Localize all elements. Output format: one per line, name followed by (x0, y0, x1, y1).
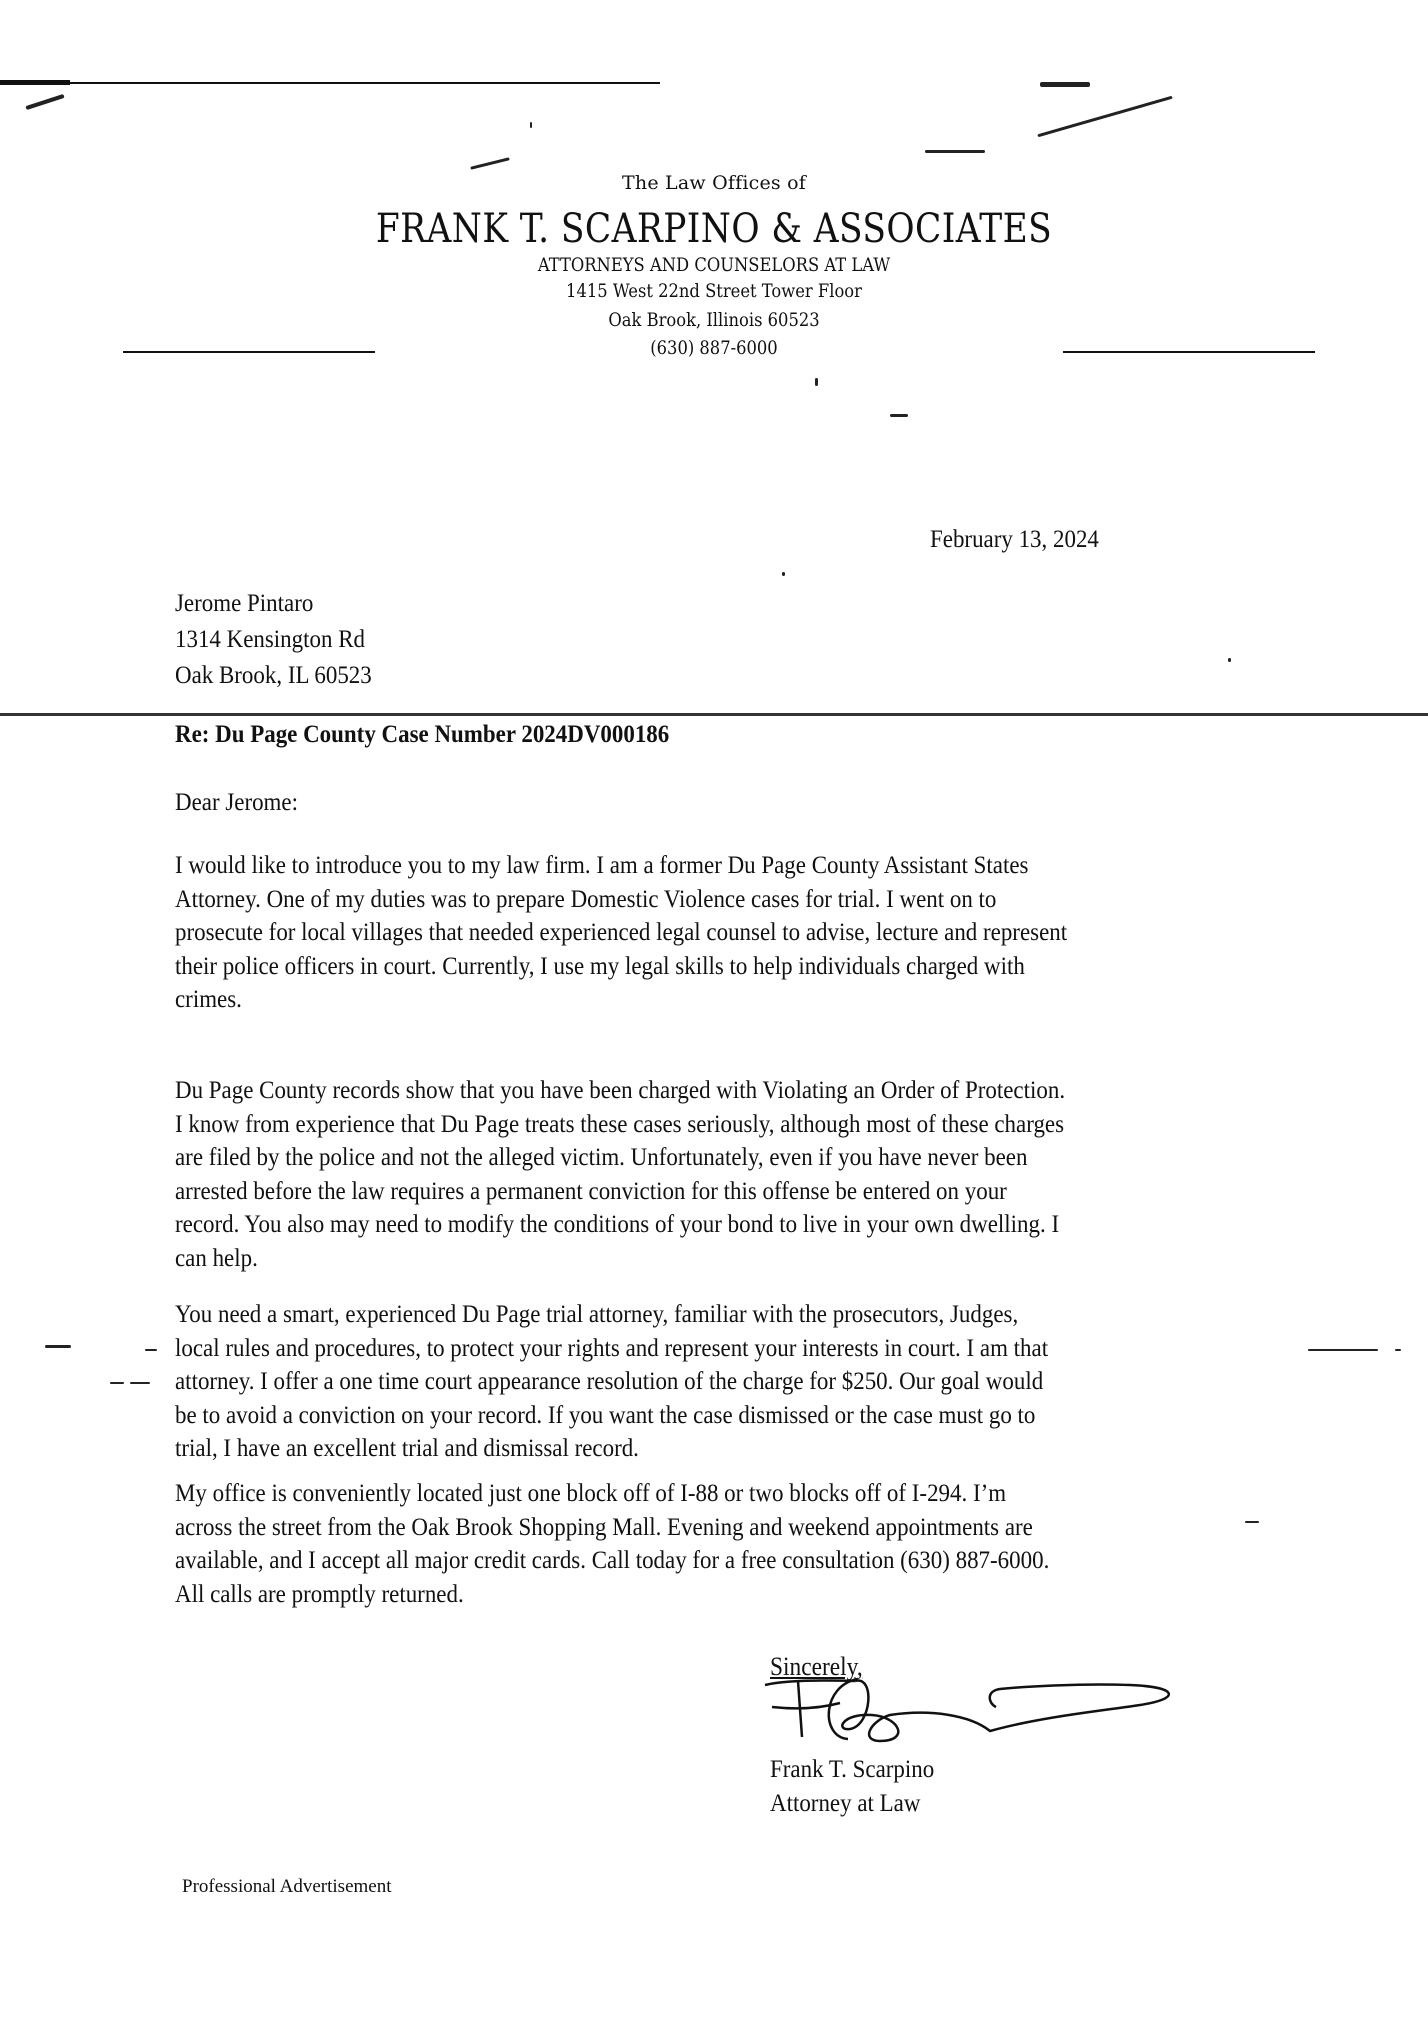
body-paragraph-4: My office is conveniently located just o… (175, 1476, 1049, 1610)
signer-title: Attorney at Law (770, 1786, 920, 1820)
paragraph-line: their police officers in court. Currentl… (175, 949, 1067, 983)
scan-artifact (890, 414, 908, 417)
recipient-street: 1314 Kensington Rd (175, 621, 372, 657)
scan-artifact (925, 150, 985, 153)
paragraph-line: arrested before the law requires a perma… (175, 1174, 1065, 1208)
letterhead-intro: The Law Offices of (0, 172, 1428, 194)
body-paragraph-1: I would like to introduce you to my law … (175, 848, 1067, 1016)
scan-artifact (145, 1349, 157, 1351)
salutation: Dear Jerome: (175, 785, 298, 819)
scan-artifact (1040, 82, 1090, 87)
body-paragraph-2: Du Page County records show that you hav… (175, 1073, 1065, 1274)
scan-artifact (110, 1382, 124, 1384)
scan-artifact (470, 157, 510, 170)
firm-address: 1415 West 22nd Street Tower Floor (100, 280, 1328, 302)
paragraph-line: attorney. I offer a one time court appea… (175, 1364, 1048, 1398)
scan-artifact (530, 122, 532, 128)
scan-artifact-top-left-mark (0, 80, 70, 85)
scan-artifact (1037, 96, 1172, 137)
scan-artifact (1308, 1349, 1378, 1351)
paragraph-line: Attorney. One of my duties was to prepar… (175, 882, 1067, 916)
recipient-address: Jerome Pintaro 1314 Kensington Rd Oak Br… (175, 585, 372, 693)
paragraph-line: prosecute for local villages that needed… (175, 915, 1067, 949)
letterhead-rule-left (123, 351, 375, 353)
scan-artifact (25, 94, 64, 110)
paragraph-line: trial, I have an excellent trial and dis… (175, 1431, 1048, 1465)
scan-artifact (815, 378, 818, 386)
scan-artifact (130, 1382, 150, 1384)
paragraph-line: be to avoid a conviction on your record.… (175, 1398, 1048, 1432)
scan-artifact (45, 1345, 71, 1348)
signature-icon (760, 1665, 1180, 1755)
paragraph-line: across the street from the Oak Brook Sho… (175, 1510, 1049, 1544)
signer-name: Frank T. Scarpino (770, 1752, 934, 1786)
paragraph-line: Du Page County records show that you hav… (175, 1073, 1065, 1107)
scan-artifact (1245, 1521, 1259, 1523)
footer-disclaimer: Professional Advertisement (182, 1870, 392, 1904)
firm-city: Oak Brook, Illinois 60523 (100, 309, 1328, 331)
recipient-name: Jerome Pintaro (175, 585, 372, 621)
firm-name: FRANK T. SCARPINO & ASSOCIATES (100, 206, 1328, 252)
paragraph-line: I know from experience that Du Page trea… (175, 1107, 1065, 1141)
paragraph-line: You need a smart, experienced Du Page tr… (175, 1297, 1048, 1331)
letter-date: February 13, 2024 (930, 522, 1099, 556)
paragraph-line: can help. (175, 1241, 1065, 1275)
subject-line: Re: Du Page County Case Number 2024DV000… (175, 717, 669, 751)
paragraph-line: I would like to introduce you to my law … (175, 848, 1067, 882)
scan-artifact (782, 572, 785, 576)
scan-artifact (1395, 1349, 1401, 1351)
paragraph-line: crimes. (175, 982, 1067, 1016)
paragraph-line: record. You also may need to modify the … (175, 1207, 1065, 1241)
letterhead-rule-right (1063, 351, 1315, 353)
paragraph-line: are filed by the police and not the alle… (175, 1140, 1065, 1174)
paragraph-line: available, and I accept all major credit… (175, 1543, 1049, 1577)
paragraph-line: My office is conveniently located just o… (175, 1476, 1049, 1510)
firm-subtitle: ATTORNEYS AND COUNSELORS AT LAW (100, 254, 1328, 276)
paragraph-line: local rules and procedures, to protect y… (175, 1331, 1048, 1365)
firm-phone: (630) 887-6000 (100, 337, 1328, 359)
scan-artifact-top-line (0, 82, 660, 84)
body-paragraph-3: You need a smart, experienced Du Page tr… (175, 1297, 1048, 1465)
scan-artifact (1228, 658, 1231, 662)
recipient-city: Oak Brook, IL 60523 (175, 657, 372, 693)
paragraph-line: All calls are promptly returned. (175, 1577, 1049, 1611)
scan-artifact-streak (0, 713, 1428, 716)
